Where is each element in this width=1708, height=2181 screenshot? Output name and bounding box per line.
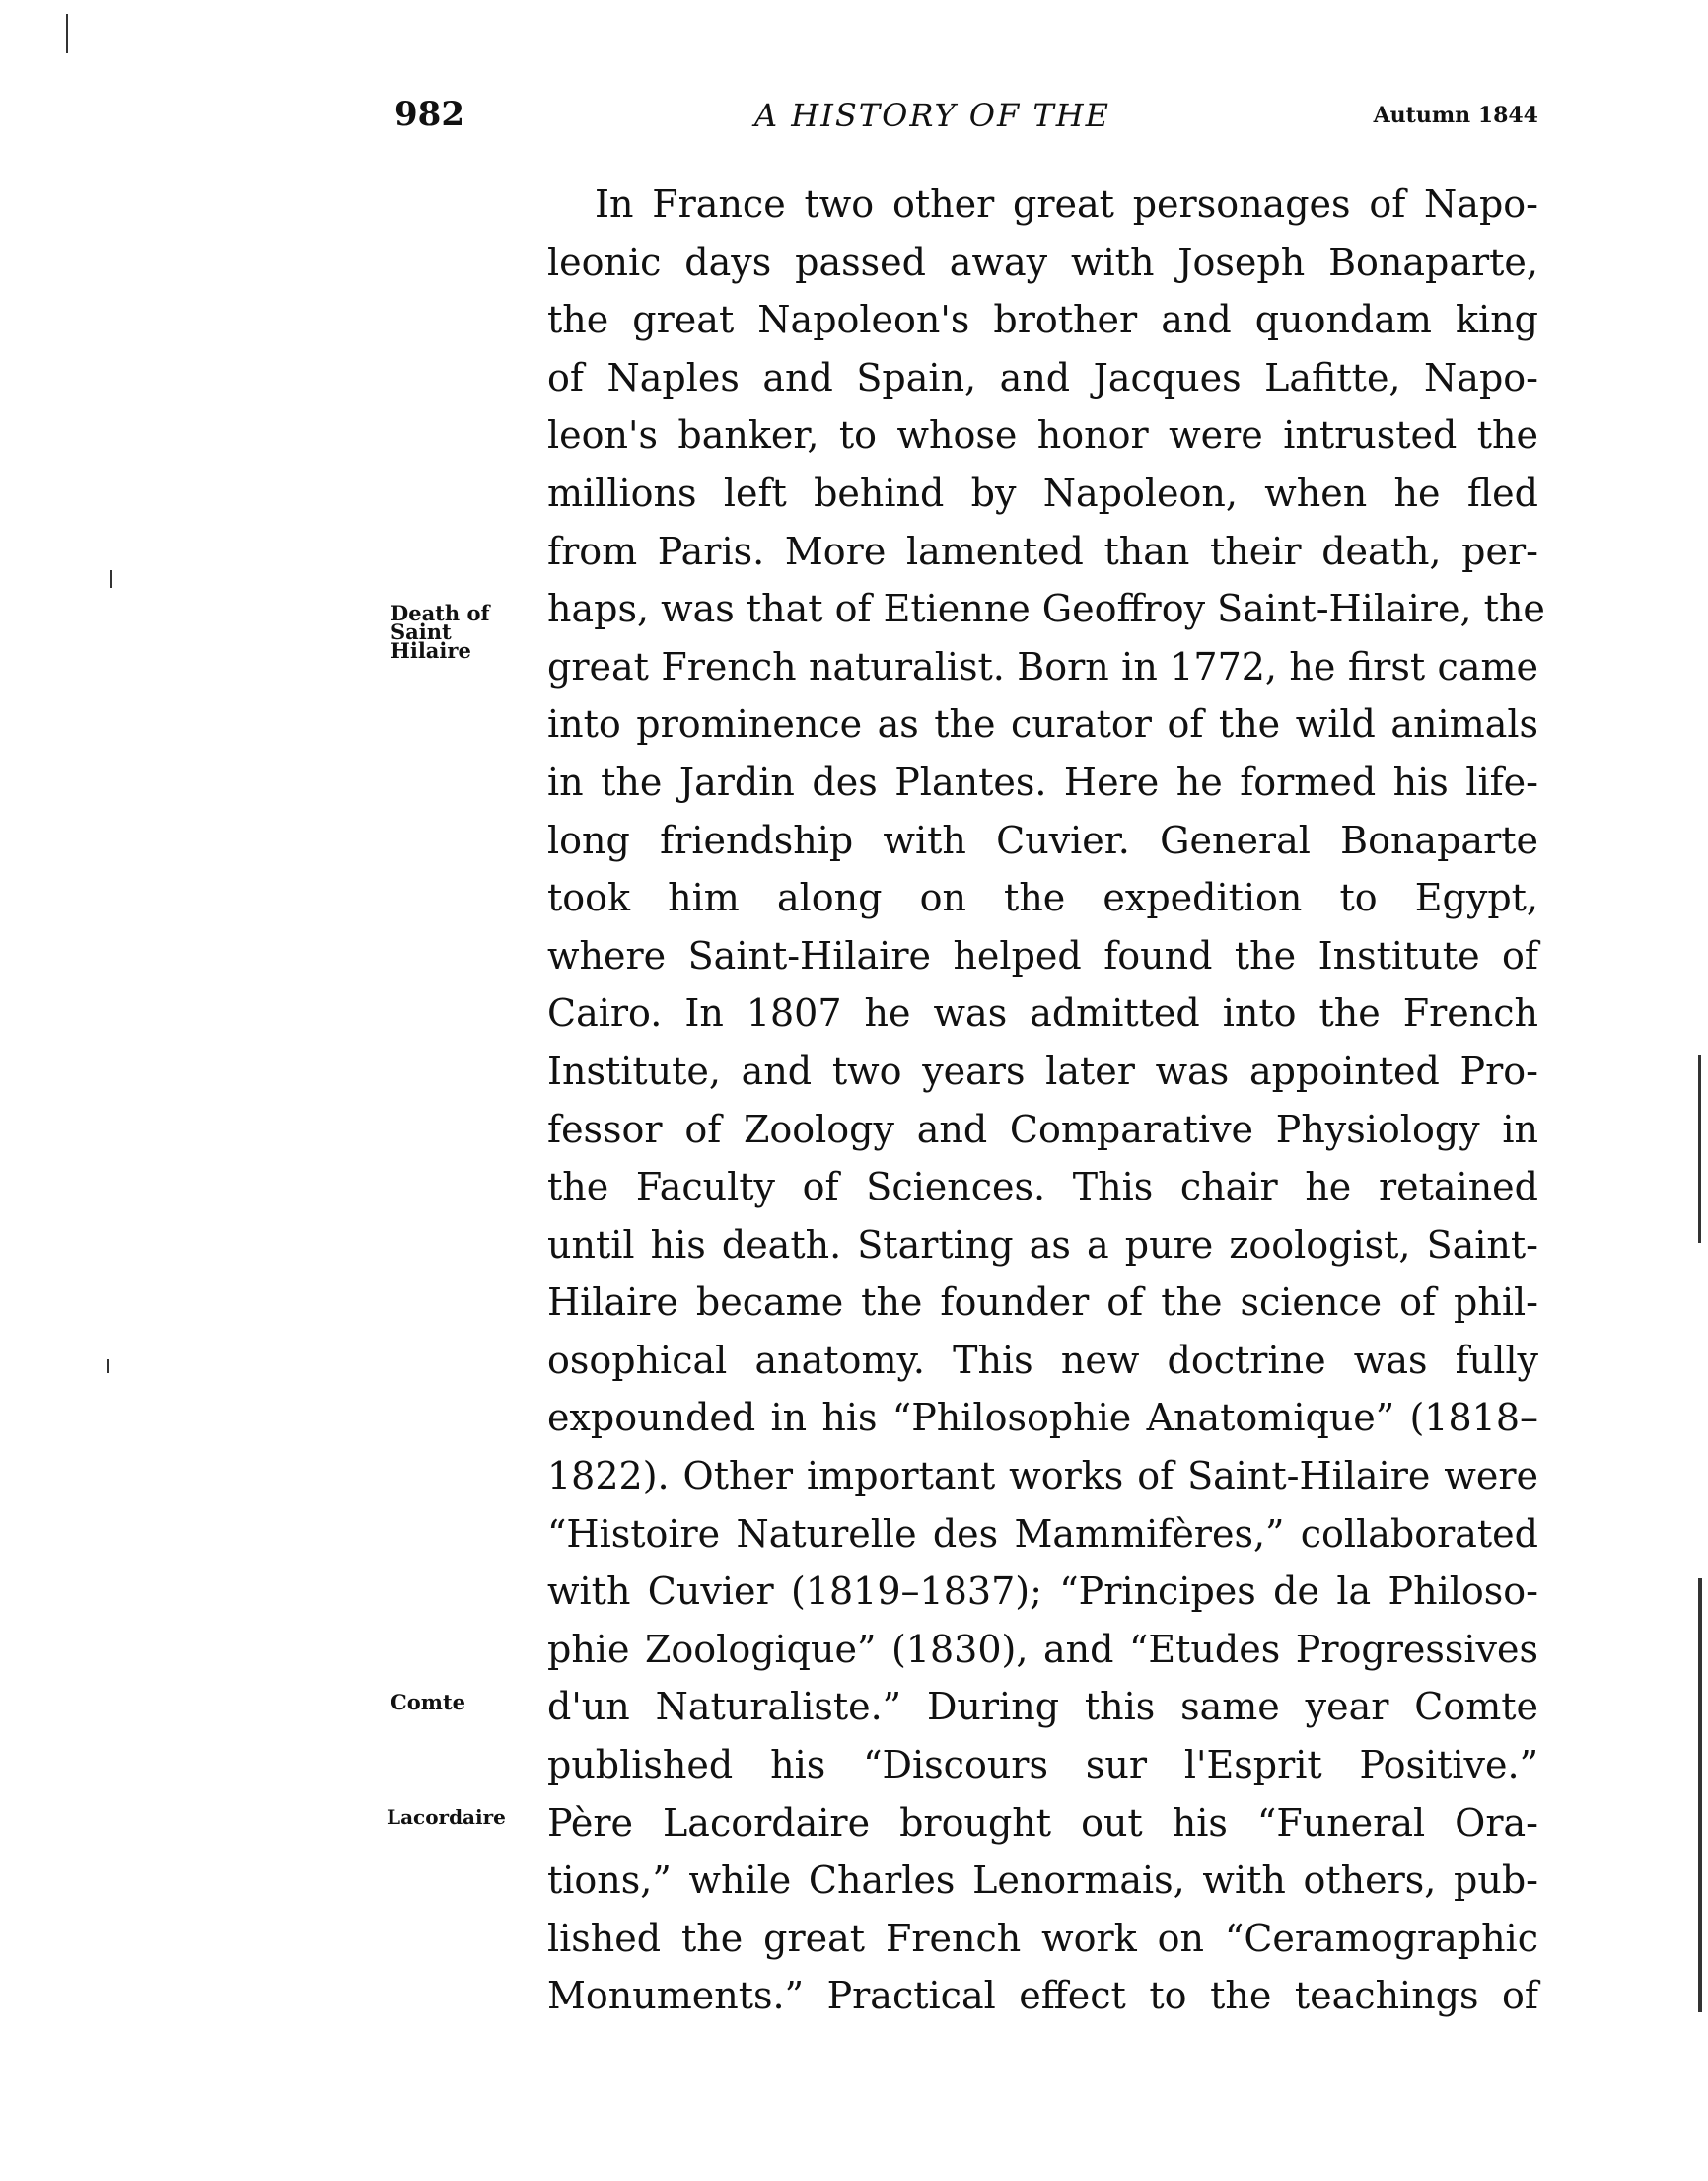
running-title: A HISTORY OF THE: [754, 97, 1110, 134]
text-line: leon's banker, to whose honor were intru…: [547, 406, 1538, 465]
text-line: leonic days passed away with Joseph Bona…: [547, 234, 1538, 292]
text-line: Institute, and two years later was appoi…: [547, 1043, 1538, 1101]
scan-artifact-left-mid: [110, 570, 112, 588]
text-line: published his “Discours sur l'Esprit Pos…: [547, 1736, 1538, 1794]
margin-note-lacordaire-text: Lacordaire: [387, 1808, 506, 1827]
text-line: took him along on the expedition to Egyp…: [547, 869, 1538, 927]
text-line: fessor of Zoology and Comparative Physio…: [547, 1101, 1538, 1159]
text-line: d'un Naturaliste.” During this same year…: [547, 1678, 1538, 1736]
text-line: “Histoire Naturelle des Mammifères,” col…: [547, 1505, 1538, 1563]
text-line: Hilaire became the founder of the scienc…: [547, 1273, 1538, 1332]
margin-note-saint-hilaire: Death of Saint Hilaire: [391, 604, 490, 660]
text-line: tions,” while Charles Lenormais, with ot…: [547, 1852, 1538, 1910]
text-line: with Cuvier (1819–1837); “Principes de l…: [547, 1563, 1538, 1621]
text-line: Cairo. In 1807 he was admitted into the …: [547, 984, 1538, 1043]
text-line: In France two other great personages of …: [547, 176, 1538, 234]
text-line: into prominence as the curator of the wi…: [547, 695, 1538, 754]
margin-note-comte-text: Comte: [391, 1693, 465, 1711]
text-line: osophical anatomy. This new doctrine was…: [547, 1332, 1538, 1390]
text-line: Monuments.” Practical effect to the teac…: [547, 1967, 1538, 2025]
text-line: where Saint-Hilaire helped found the Ins…: [547, 927, 1538, 985]
margin-note-saint-hilaire-text: Death of Saint Hilaire: [391, 604, 490, 660]
body-text: In France two other great personages of …: [547, 176, 1538, 2025]
text-line: expounded in his “Philosophie Anatomique…: [547, 1389, 1538, 1447]
text-line: from Paris. More lamented than their dea…: [547, 523, 1538, 581]
scan-artifact-left-top: [66, 14, 68, 53]
date-label: Autumn 1844: [1374, 103, 1538, 128]
text-line: phie Zoologique” (1830), and “Etudes Pro…: [547, 1621, 1538, 1679]
scan-artifact-right-edge-2: [1698, 1578, 1702, 2012]
text-line: 1822). Other important works of Saint-Hi…: [547, 1447, 1538, 1505]
text-line: the Faculty of Sciences. This chair he r…: [547, 1158, 1538, 1216]
margin-note-lacordaire: Lacordaire: [387, 1808, 506, 1827]
scan-artifact-left-low: [107, 1359, 109, 1373]
text-line: great French naturalist. Born in 1772, h…: [547, 638, 1538, 696]
text-line: of Naples and Spain, and Jacques Lafitte…: [547, 349, 1538, 407]
scan-artifact-right-edge-1: [1698, 1055, 1701, 1243]
text-line: long friendship with Cuvier. General Bon…: [547, 812, 1538, 870]
page-number: 982: [394, 95, 464, 134]
text-line: lished the great French work on “Ceramog…: [547, 1910, 1538, 1968]
text-line: the great Napoleon's brother and quondam…: [547, 291, 1538, 349]
text-line: Père Lacordaire brought out his “Funeral…: [547, 1794, 1538, 1853]
margin-note-comte: Comte: [391, 1693, 465, 1711]
text-line: in the Jardin des Plantes. Here he forme…: [547, 754, 1538, 812]
page-header: 982 A HISTORY OF THE Autumn 1844: [394, 95, 1538, 144]
text-line: millions left behind by Napoleon, when h…: [547, 465, 1538, 523]
text-line: haps, was that of Etienne Geoffroy Saint…: [547, 580, 1538, 638]
text-line: until his death. Starting as a pure zool…: [547, 1216, 1538, 1274]
